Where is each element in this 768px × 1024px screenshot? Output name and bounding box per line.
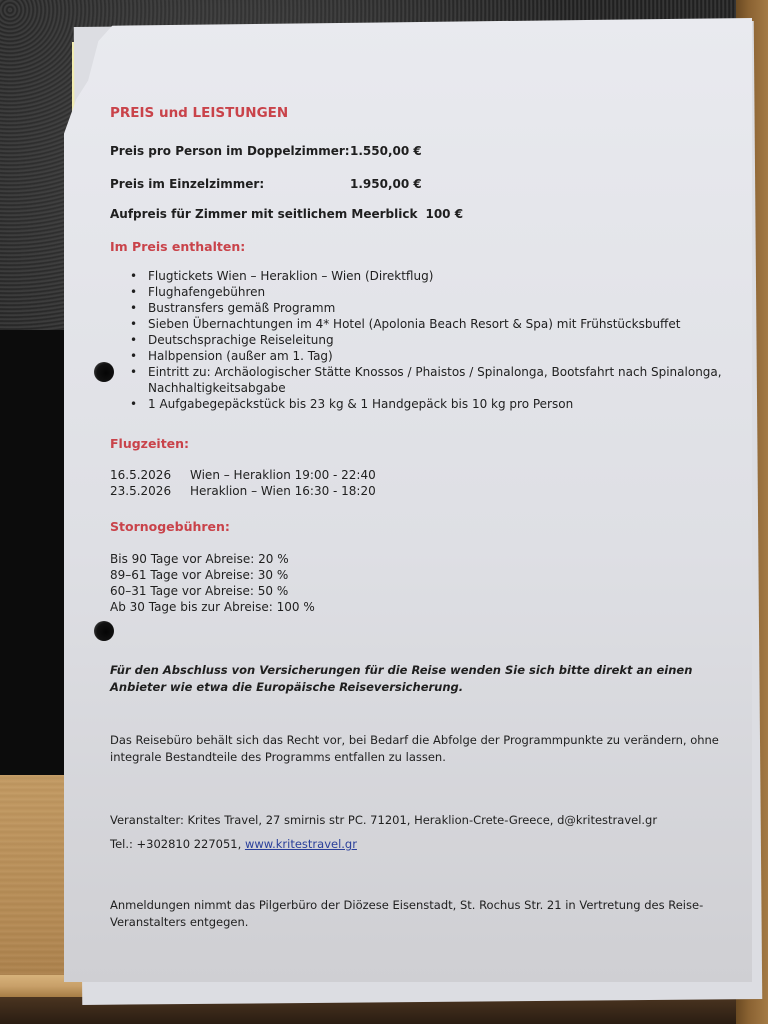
cancellation-heading: Stornogebühren:	[110, 518, 230, 535]
included-heading: Im Preis enthalten:	[110, 238, 245, 255]
contact-line: Tel.: +302810 227051, www.kritestravel.g…	[110, 836, 357, 853]
flight-route: Heraklion – Wien 16:30 - 18:20	[190, 483, 376, 499]
registration-note: Anmeldungen nimmt das Pilgerbüro der Diö…	[110, 897, 710, 931]
flight-route: Wien – Heraklion 19:00 - 22:40	[190, 467, 376, 483]
price-value: 100 €	[425, 206, 463, 223]
list-item: Sieben Übernachtungen im 4* Hotel (Apolo…	[130, 316, 730, 332]
list-item: Halbpension (außer am 1. Tag)	[130, 348, 730, 364]
phone-text: Tel.: +302810 227051,	[110, 837, 245, 851]
price-label: Preis im Einzelzimmer:	[110, 176, 264, 193]
punch-hole-icon	[94, 362, 114, 382]
document-title: PREIS und LEISTUNGEN	[110, 105, 740, 122]
list-item: Bustransfers gemäß Programm	[130, 300, 730, 316]
price-row: Preis im Einzelzimmer: 1.950,00 €	[110, 176, 264, 193]
website-link[interactable]: www.kritestravel.gr	[245, 837, 357, 851]
price-row: Preis pro Person im Doppelzimmer: 1.550,…	[110, 143, 350, 160]
price-value: 1.950,00 €	[350, 176, 422, 193]
flight-date: 16.5.2026	[110, 467, 190, 483]
insurance-note: Für den Abschluss von Versicherungen für…	[110, 662, 725, 696]
list-item: 1 Aufgabegepäckstück bis 23 kg & 1 Handg…	[130, 396, 730, 412]
list-item: Flugtickets Wien – Heraklion – Wien (Dir…	[130, 268, 730, 284]
price-value: 1.550,00 €	[350, 143, 422, 160]
list-item: Flughafengebühren	[130, 284, 730, 300]
disclaimer: Das Reisebüro behält sich das Recht vor,…	[110, 732, 730, 766]
price-row: Aufpreis für Zimmer mit seitlichem Meerb…	[110, 206, 463, 223]
organizer-info: Veranstalter: Krites Travel, 27 smirnis …	[110, 812, 730, 829]
cancellation-row: 89–61 Tage vor Abreise: 30 %	[110, 567, 315, 583]
included-list: Flugtickets Wien – Heraklion – Wien (Dir…	[130, 268, 730, 412]
document-content: PREIS und LEISTUNGEN Preis pro Person im…	[110, 105, 740, 122]
price-label: Aufpreis für Zimmer mit seitlichem Meerb…	[110, 206, 417, 223]
punch-hole-icon	[94, 621, 114, 641]
list-item: Deutschsprachige Reiseleitung	[130, 332, 730, 348]
flights-table: 16.5.2026 Wien – Heraklion 19:00 - 22:40…	[110, 467, 376, 499]
cancellation-row: Ab 30 Tage bis zur Abreise: 100 %	[110, 599, 315, 615]
list-item: Eintritt zu: Archäologischer Stätte Knos…	[130, 364, 730, 396]
cancellation-row: 60–31 Tage vor Abreise: 50 %	[110, 583, 315, 599]
cancellation-list: Bis 90 Tage vor Abreise: 20 % 89–61 Tage…	[110, 551, 315, 615]
flight-row: 23.5.2026 Heraklion – Wien 16:30 - 18:20	[110, 483, 376, 499]
flight-date: 23.5.2026	[110, 483, 190, 499]
cancellation-row: Bis 90 Tage vor Abreise: 20 %	[110, 551, 315, 567]
flight-row: 16.5.2026 Wien – Heraklion 19:00 - 22:40	[110, 467, 376, 483]
price-label: Preis pro Person im Doppelzimmer:	[110, 143, 350, 160]
flights-heading: Flugzeiten:	[110, 435, 189, 452]
